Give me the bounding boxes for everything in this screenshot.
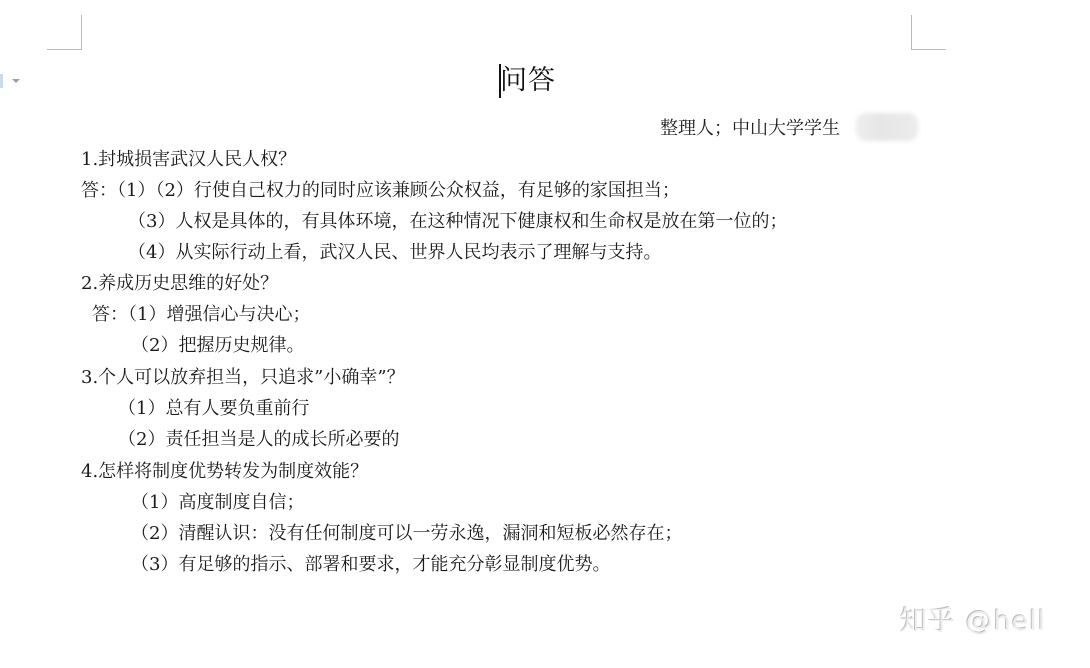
- author-line[interactable]: 整理人；中山大学学生: [660, 116, 840, 142]
- answer-3-2[interactable]: （2）责任担当是人的成长所必要的: [118, 427, 399, 453]
- answer-1-3[interactable]: （4）从实际行动上看，武汉人民、世界人民均表示了理解与支持。: [128, 240, 661, 266]
- document-title[interactable]: 问答: [500, 62, 556, 100]
- answer-2-2[interactable]: （2）把握历史规律。: [131, 333, 304, 359]
- question-4[interactable]: 4.怎样将制度优势转发为制度效能？: [81, 459, 368, 485]
- redacted-name: [856, 113, 918, 141]
- answer-4-2[interactable]: （2）清醒认识：没有任何制度可以一劳永逸，漏洞和短板必然存在；: [131, 521, 682, 547]
- answer-3-1[interactable]: （1）总有人要负重前行: [118, 396, 309, 422]
- dropdown-arrow-icon[interactable]: [12, 79, 20, 83]
- question-2[interactable]: 2.养成历史思维的好处？: [81, 271, 278, 297]
- answer-4-1[interactable]: （1）高度制度自信；: [131, 490, 304, 516]
- page-margin-mark-top-left: [47, 15, 82, 50]
- answer-1-1[interactable]: 答：（1）（2）行使自己权力的同时应该兼顾公众权益，有足够的家国担当；: [81, 178, 680, 204]
- page-margin-mark-top-right: [911, 15, 946, 50]
- answer-4-3[interactable]: （3）有足够的指示、部署和要求，才能充分彰显制度优势。: [131, 552, 610, 578]
- side-panel-marker: [0, 74, 3, 88]
- answer-2-1[interactable]: 答：（1）增强信心与决心；: [92, 302, 310, 328]
- answer-1-2[interactable]: （3）人权是具体的，有具体环境，在这种情况下健康权和生命权是放在第一位的；: [128, 209, 787, 235]
- question-3[interactable]: 3.个人可以放弃担当，只追求”小确幸”？: [81, 365, 405, 391]
- question-1[interactable]: 1.封城损害武汉人民人权？: [81, 147, 296, 173]
- zhihu-watermark: 知乎 @hell: [900, 604, 1046, 640]
